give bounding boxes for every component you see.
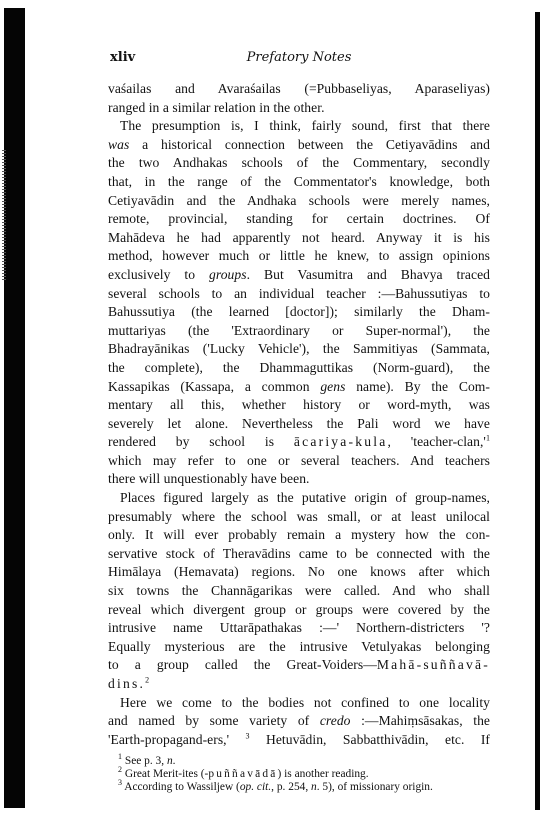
line-text: that, in the range of the Commentator's …: [108, 174, 490, 189]
text-line: Himālaya (Hemavata) regions. No one know…: [108, 563, 490, 582]
line-text: , 'teacher-clan,': [387, 434, 485, 449]
line-text: only. It will ever probably remain a mys…: [108, 527, 490, 542]
body-text: vaśailas and Avaraśailas (=Pubbaseliyas,…: [108, 80, 490, 749]
footnote-text: , p. 254,: [271, 781, 311, 793]
text-line: was a historical connection between the …: [108, 136, 490, 155]
line-text: severely let alone. Nevertheless the Pal…: [108, 416, 490, 431]
text-line: remote, provincial, standing for certain…: [108, 210, 490, 229]
italic-text: groups: [209, 267, 247, 282]
text-line: six towns the Channāgarikas were called.…: [108, 582, 490, 601]
footnotes: 1 See p. 3, n.2 Great Merit-ites (-puñña…: [108, 755, 490, 794]
text-line: severely let alone. Nevertheless the Pal…: [108, 415, 490, 434]
text-line: only. It will ever probably remain a mys…: [108, 526, 490, 545]
line-text: rendered by school is: [108, 434, 294, 449]
line-text: servative stock of Theravādins came to b…: [108, 546, 490, 561]
line-text: and named by some variety of: [108, 713, 320, 728]
spaced-term: dins.: [108, 676, 145, 691]
line-text: Bhadrayānikas ('Lucky Vehicle'), the Sam…: [108, 341, 490, 356]
spaced-term: ācariya-kula: [294, 434, 388, 449]
italic-text: credo: [320, 713, 351, 728]
line-text: The presumption is, I think, fairly soun…: [120, 118, 490, 133]
footnote: 3 According to Wassiljew (op. cit., p. 2…: [118, 781, 490, 794]
text-line: vaśailas and Avaraśailas (=Pubbaseliyas,…: [108, 80, 490, 99]
line-text: Himālaya (Hemavata) regions. No one know…: [108, 564, 490, 579]
line-text: several schools to an individual teacher…: [108, 286, 490, 301]
line-text: mentary all this, whether history or wor…: [108, 397, 490, 412]
text-line: Bahussutiya (the learned [doctor]); simi…: [108, 303, 490, 322]
text-line: muttariyas (the 'Extraordinary or Super-…: [108, 322, 490, 341]
line-text: Here we come to the bodies not confined …: [120, 695, 490, 710]
text-line: the two Andhakas schools of the Commenta…: [108, 154, 490, 173]
scan-noise: [2, 150, 6, 280]
text-line: Equally mysterious are the intrusive Vet…: [108, 638, 490, 657]
text-line: and named by some variety of credo :—Mah…: [108, 712, 490, 731]
line-text: Cetiyavādin and the Andhaka schools were…: [108, 193, 490, 208]
text-line: mentary all this, whether history or wor…: [108, 396, 490, 415]
text-line: presumably where the school was small, o…: [108, 508, 490, 527]
line-text: Equally mysterious are the intrusive Vet…: [108, 639, 490, 654]
text-line: which may refer to one or several teache…: [108, 452, 490, 471]
scan-edge-right: [535, 12, 540, 810]
line-text: intrusive name Uttarāpathakas :—' Northe…: [108, 620, 490, 635]
text-line: Here we come to the bodies not confined …: [108, 694, 490, 713]
running-head: Prefatory Notes: [108, 50, 490, 65]
footnote-text: .: [173, 755, 176, 767]
text-line: ranged in a similar relation in the othe…: [108, 99, 490, 118]
text-line: dins.2: [108, 675, 490, 694]
line-text: presumably where the school was small, o…: [108, 509, 490, 524]
line-text: reveal which divergent group or groups w…: [108, 602, 490, 617]
line-text: name). By the Com-: [345, 379, 490, 394]
footnote-text: Great Merit-ites (-: [125, 768, 209, 780]
line-text: the complete), the Dhammaguttikas (Norm-…: [108, 360, 490, 375]
line-text: the two Andhakas schools of the Commenta…: [108, 155, 490, 170]
text-line: 'Earth-propagand-ers,' 3 Hetuvādin, Sabb…: [108, 731, 490, 750]
line-text: six towns the Channāgarikas were called.…: [108, 583, 490, 598]
book-page: xliv Prefatory Notes vaśailas and Avaraś…: [108, 50, 490, 794]
italic-text: op. cit.: [240, 781, 271, 793]
line-text: a historical connection between the Ceti…: [129, 137, 490, 152]
footnote-text: ) is another reading.: [278, 768, 369, 780]
footnote-text: See p. 3,: [125, 755, 167, 767]
italic-text: was: [108, 137, 129, 152]
text-line: reveal which divergent group or groups w…: [108, 601, 490, 620]
text-line: Bhadrayānikas ('Lucky Vehicle'), the Sam…: [108, 340, 490, 359]
text-line: The presumption is, I think, fairly soun…: [108, 117, 490, 136]
line-text: method, however much or little he knew, …: [108, 248, 490, 263]
line-text: Places figured largely as the putative o…: [120, 490, 490, 505]
text-line: that, in the range of the Commentator's …: [108, 173, 490, 192]
line-text: Hetuvādin, Sabbatthivādin, etc. If: [250, 732, 490, 747]
footnote-text: According to Wassiljew (: [124, 781, 240, 793]
line-text: there will unquestionably have been.: [108, 471, 310, 486]
footnote-ref: 1: [486, 434, 490, 443]
page-header: xliv Prefatory Notes: [108, 50, 490, 70]
line-text: vaśailas and Avaraśailas (=Pubbaseliyas,…: [108, 81, 490, 96]
text-line: there will unquestionably have been.: [108, 470, 490, 489]
text-line: several schools to an individual teacher…: [108, 285, 490, 304]
text-line: Mahādeva he had apparently not heard. An…: [108, 229, 490, 248]
text-line: servative stock of Theravādins came to b…: [108, 545, 490, 564]
line-text: Mahādeva he had apparently not heard. An…: [108, 230, 490, 245]
line-text: remote, provincial, standing for certain…: [108, 211, 490, 226]
text-line: the complete), the Dhammaguttikas (Norm-…: [108, 359, 490, 378]
text-line: to a group called the Great-Voiders—Mahā…: [108, 656, 490, 675]
text-line: rendered by school is ācariya-kula, 'tea…: [108, 433, 490, 452]
footnote: 2 Great Merit-ites (-puññavādā) is anoth…: [118, 768, 490, 781]
line-text: Kassapikas (Kassapa, a common: [108, 379, 320, 394]
footnote-text: . 5), of missionary origin.: [317, 781, 433, 793]
footnote-mark: 3: [118, 779, 122, 788]
line-text: to a group called the Great-Voiders—: [108, 657, 377, 672]
spaced-term: puññavādā: [208, 768, 277, 780]
line-text: which may refer to one or several teache…: [108, 453, 490, 468]
line-text: 'Earth-propagand-ers,': [108, 732, 246, 747]
footnote-ref: 2: [145, 675, 149, 684]
text-line: Cetiyavādin and the Andhaka schools were…: [108, 192, 490, 211]
footnote-mark: 2: [118, 766, 122, 775]
footnote-mark: 1: [118, 753, 122, 762]
spaced-term: Mahā-suññavā-: [377, 657, 490, 672]
footnote: 1 See p. 3, n.: [118, 755, 490, 768]
text-line: method, however much or little he knew, …: [108, 247, 490, 266]
line-text: ranged in a similar relation in the othe…: [108, 100, 325, 115]
text-line: Kassapikas (Kassapa, a common gens name)…: [108, 378, 490, 397]
line-text: Bahussutiya (the learned [doctor]); simi…: [108, 304, 490, 319]
line-text: muttariyas (the 'Extraordinary or Super-…: [108, 323, 490, 338]
line-text: exclusively to: [108, 267, 209, 282]
italic-text: gens: [320, 379, 345, 394]
text-line: intrusive name Uttarāpathakas :—' Northe…: [108, 619, 490, 638]
scan-edge-left: [4, 8, 25, 808]
line-text: . But Vasumitra and Bhavya traced: [247, 267, 490, 282]
text-line: exclusively to groups. But Vasumitra and…: [108, 266, 490, 285]
line-text: :—Mahiṃsāsakas, the: [351, 713, 490, 728]
text-line: Places figured largely as the putative o…: [108, 489, 490, 508]
